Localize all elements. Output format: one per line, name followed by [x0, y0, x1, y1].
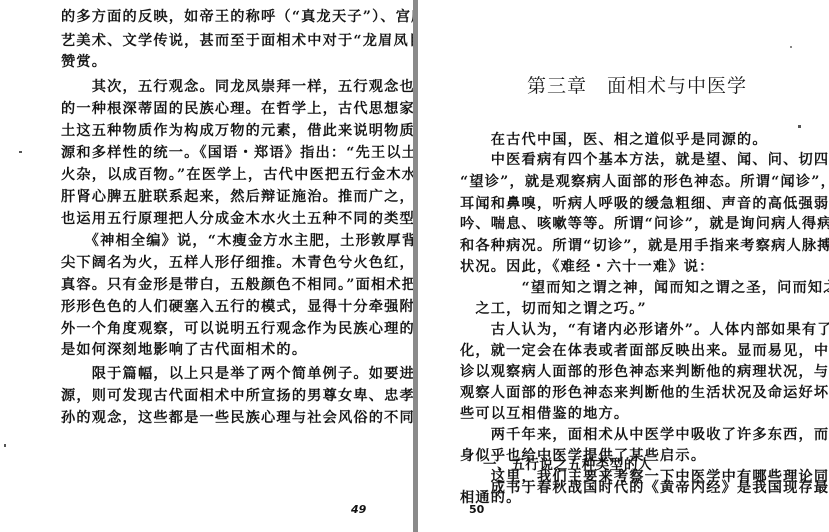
- scan-speck: [19, 151, 22, 153]
- text-line: 和各种病况。所谓“切诊”，就是用手指来考察病人脉搏跳动的: [460, 235, 774, 257]
- text-line: 古人认为，“有诸内必形诸外”。人体内部如果有了病理变: [460, 319, 774, 341]
- text-line: 形形色色的人们硬塞入五行的模式，显得十分牵强附会。但从另: [61, 296, 373, 318]
- text-line: “望诊”，就是观察病人面部的形色神态。所谓“闻诊”，包括: [460, 171, 774, 193]
- text-line: 耳闻和鼻嗅，听病人呼吸的缓急粗细、声音的高低强弱，以及呻: [460, 193, 774, 215]
- text-line: 其次，五行观念。同龙凤崇拜一样，五行观念也是中华民族: [61, 76, 373, 98]
- page-number: 49: [351, 503, 366, 516]
- page-number: 50: [469, 503, 484, 516]
- text-line: 的多方面的反映，如帝王的称呼（“真龙天子”）、宫庭建筑、工: [61, 6, 373, 28]
- scan-speck: [790, 46, 792, 48]
- scan-speck: [4, 444, 6, 447]
- quote-line: 之工，切而知之谓之巧。”: [460, 298, 774, 320]
- text-line: 肝肾心脾五脏联系起来，然后辩证施治。推而广之，古代面相术: [61, 186, 373, 208]
- text-line: 《神相全编》说，“木瘦金方水主肥，土形敦厚背如龟。下: [61, 230, 373, 252]
- section-heading: 一、五行说之五种类型的人: [483, 454, 652, 476]
- text-line: 土这五种物质作为构成万物的元素，借此来说明物质 世 界 的 起: [61, 120, 373, 142]
- right-page: 第三章面相术与中医学 在古代中国，医、相之道似乎是同源的。 中医看病有四个基本方…: [418, 0, 829, 532]
- text-line: 诊以观察病人面部的形色神态来判断他的病理状况，与面相术以: [460, 361, 774, 383]
- text-line: 限于篇幅，以上只是举了两个简单例子。如要进一步追本溯: [61, 363, 373, 385]
- chapter-label: 第三章: [527, 75, 587, 97]
- chapter-title: 第三章面相术与中医学: [527, 72, 747, 100]
- text-line: 中医看病有四个基本方法，就是望、闻、问、切四诊。所谓: [460, 149, 774, 171]
- text-line: 成书于春秋战国时代的《黄帝内经》是我国现存最早的医书: [460, 477, 774, 499]
- text-line: 观察人面部的形色神态来判断他的生活状况及命运好坏，确有某: [460, 382, 774, 404]
- text-line: 吟、喘息、咳嗽等等。所谓“问诊”，就是询问病人得病的病历: [460, 213, 774, 235]
- text-line: 些可以互相借鉴的地方。: [460, 403, 774, 425]
- scan-speck: [798, 125, 801, 128]
- text-line: 的一种根深蒂固的民族心理。在哲学上，古代思想家把金木水火: [61, 98, 373, 120]
- text-line: 真容。只有金形是带白，五般颜色不相同。”面相术把大千世界: [61, 274, 373, 296]
- text-line: 化，就一定会在体表或者面部反映出来。显而易见，中医学的望: [460, 340, 774, 362]
- text-line: 艺美术、文学传说，甚而至于面相术中对于“龙眉凤目”的高度: [61, 30, 373, 52]
- text-line: 是如何深刻地影响了古代面相术的。: [61, 339, 373, 361]
- text-line: 也运用五行原理把人分成金木水火土五种不同的类型。: [61, 208, 373, 230]
- left-page: 的多方面的反映，如帝王的称呼（“真龙天子”）、宫庭建筑、工 艺美术、文学传说，甚…: [0, 0, 413, 532]
- quote-line: “望而知之谓之神，闻而知之谓之圣，问而知之谓: [460, 277, 774, 299]
- text-line: 源和多样性的统一。《国语・郑语》指出：“先王以土与金木水: [61, 142, 373, 164]
- text-line: 赞赏。: [61, 51, 373, 73]
- text-line: 外一个角度观察，可以说明五行观念作为民族心理的特征之一，: [61, 318, 373, 340]
- text-line: 火杂，以成百物。”在医学上，古代中医把五行金木水火土与肺: [61, 164, 373, 186]
- chapter-name: 面相术与中医学: [607, 75, 747, 97]
- text-line: 两千年来，面相术从中医学中吸收了许多东西，而面相术本: [460, 424, 774, 446]
- text-line: 在古代中国，医、相之道似乎是同源的。: [460, 129, 774, 151]
- text-line: 尖下阔名为火，五样人形仔细推。木青色兮火色红，土黄水黑是: [61, 252, 373, 274]
- text-line: 孙的观念，这些都是一些民族心理与社会风俗的不同表现形式。: [61, 407, 373, 429]
- text-line: 源，则可发现古代面相术中所宣扬的男尊女卑、忠孝节悌、多子多: [61, 385, 373, 407]
- text-line: 状况。因此，《难经・六十一难》说：: [460, 256, 774, 278]
